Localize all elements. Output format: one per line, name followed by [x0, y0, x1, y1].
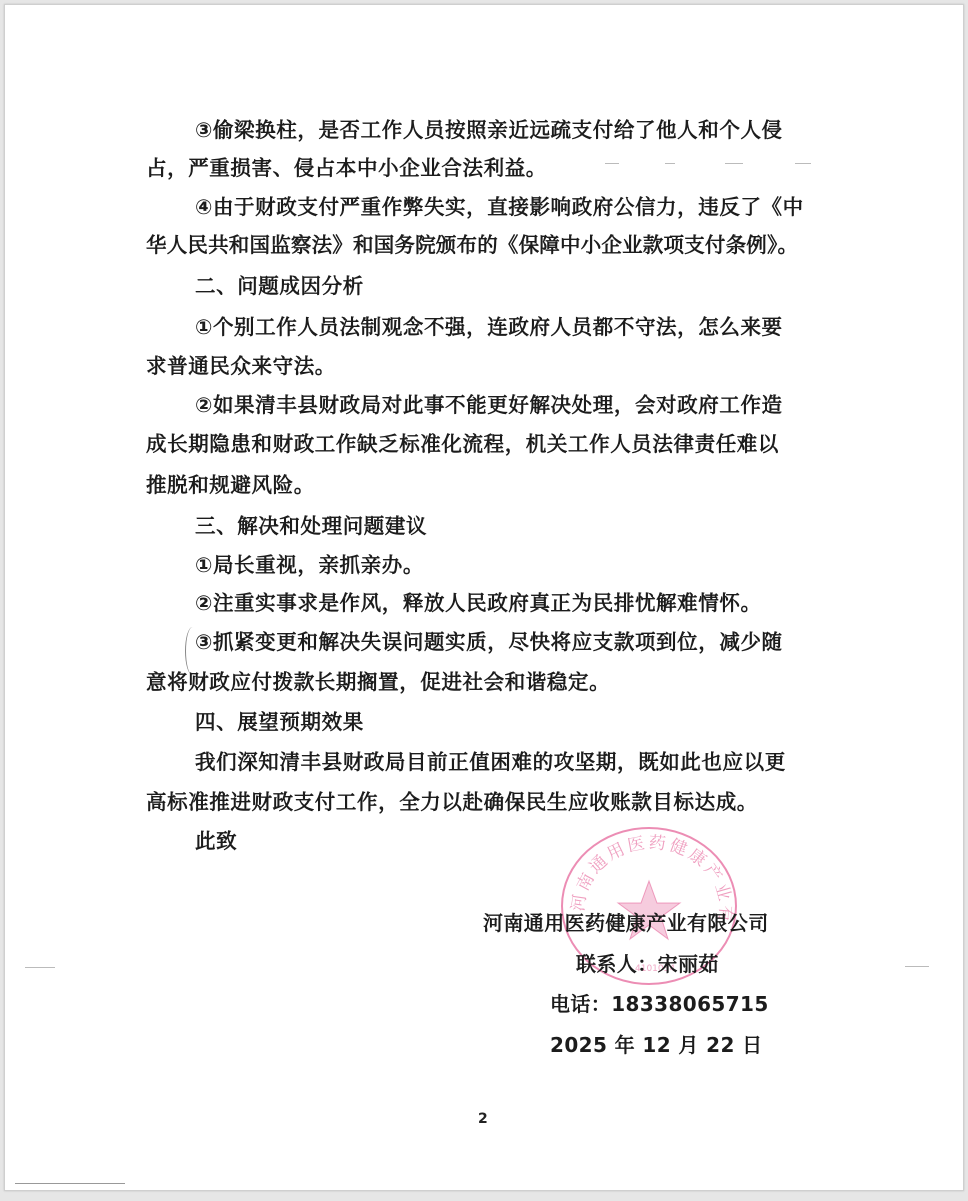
paragraph-line: 成长期隐患和财政工作缺乏标准化流程，机关工作人员法律责任难以: [146, 431, 779, 457]
paragraph-line: ①局长重视，亲抓亲办。: [195, 552, 424, 578]
paragraph-line: 求普通民众来守法。: [146, 353, 336, 379]
phone-number: 电话：18338065715: [550, 991, 769, 1017]
scan-speck: [725, 163, 743, 164]
paragraph-line: 占，严重损害、侵占本中小企业合法利益。: [146, 155, 547, 181]
scan-speck: [905, 966, 929, 967]
paragraph-line: 推脱和规避风险。: [146, 472, 315, 498]
paragraph-line: ②如果清丰县财政局对此事不能更好解决处理，会对政府工作造: [195, 392, 783, 418]
section-heading: 二、问题成因分析: [195, 273, 364, 299]
contact-person: 联系人：宋丽茹: [576, 951, 719, 977]
paragraph-line: 我们深知清丰县财政局目前正值困难的攻坚期，既如此也应以更: [195, 749, 786, 775]
page-number: 2: [478, 1111, 488, 1127]
paragraph-line: ③偷梁换柱，是否工作人员按照亲近远疏支付给了他人和个人侵: [195, 117, 783, 143]
paragraph-line: ②注重实事求是作风，释放人民政府真正为民排忧解难情怀。: [195, 590, 762, 616]
company-name: 河南通用医药健康产业有限公司: [483, 910, 769, 936]
paragraph-line: 意将财政应付拨款长期搁置，促进社会和谐稳定。: [146, 669, 610, 695]
scan-speck: [605, 163, 619, 164]
paragraph-line: 华人民共和国监察法》和国务院颁布的《保障中小企业款项支付条例》。: [146, 232, 798, 258]
scan-speck: [795, 163, 811, 164]
paragraph-line: ④由于财政支付严重作弊失实，直接影响政府公信力，违反了《中: [195, 194, 804, 220]
paragraph-line: 高标准推进财政支付工作，全力以赴确保民生应收账款目标达成。: [146, 789, 758, 815]
signature-date: 2025 年 12 月 22 日: [550, 1032, 763, 1058]
paragraph-line: ③抓紧变更和解决失误问题实质，尽快将应支款项到位，减少随: [195, 629, 783, 655]
scan-speck: [15, 1183, 125, 1184]
scan-speck: [25, 967, 55, 968]
closing-salutation: 此致: [195, 828, 237, 854]
document-page: ③偷梁换柱，是否工作人员按照亲近远疏支付给了他人和个人侵 占，严重损害、侵占本中…: [4, 4, 964, 1191]
paragraph-line: ①个别工作人员法制观念不强，连政府人员都不守法，怎么来要: [195, 314, 783, 340]
section-heading: 三、解决和处理问题建议: [195, 513, 427, 539]
scan-speck: [665, 163, 675, 164]
section-heading: 四、展望预期效果: [195, 709, 364, 735]
